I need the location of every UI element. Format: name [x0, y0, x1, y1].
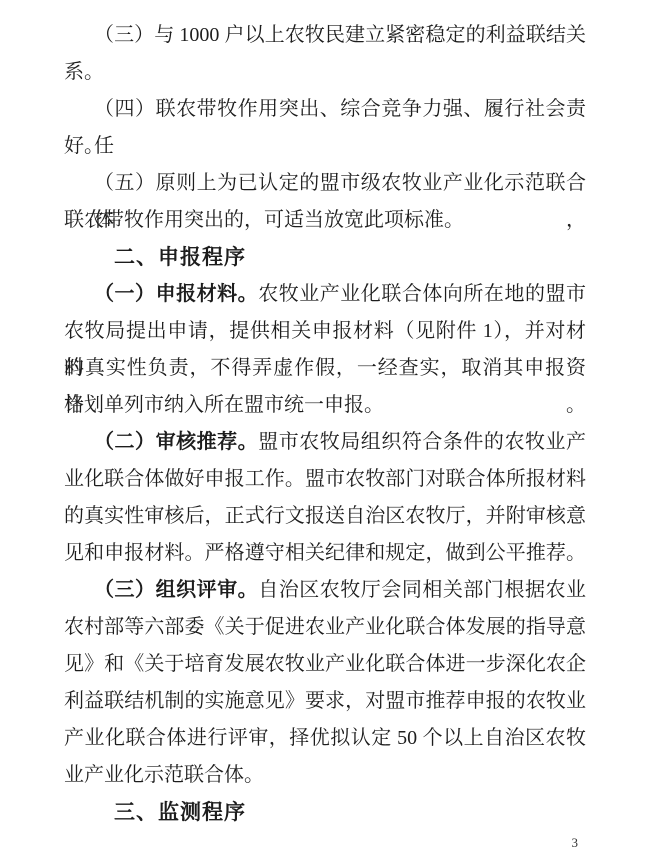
section-heading: 二、申报程序: [64, 239, 586, 276]
paragraph: （三）组织评审。自治区农牧厅会同相关部门根据农业农村部等六部委《关于促进农业产业…: [64, 572, 586, 794]
text-line: （五）原则上为已认定的盟市级农牧业产业化示范联合体，: [64, 165, 586, 202]
text-run: 农村部等六部委《关于促进农业产业化联合体发展的指导意: [64, 616, 586, 638]
text-run: 盟市农牧局组织符合条件的农牧业产: [258, 431, 586, 453]
document-body: （三）与 1000 户以上农牧民建立紧密稳定的利益联结关系。（四）联农带牧作用突…: [64, 17, 586, 831]
text-run: 利益联结机制的实施意见》要求，对盟市推荐申报的农牧业: [64, 690, 586, 712]
text-line: 见和申报材料。严格遵守相关纪律和规定，做到公平推荐。: [64, 535, 586, 572]
text-line: 三、监测程序: [64, 794, 586, 831]
bold-text-run: （一）申报材料。: [94, 283, 258, 305]
text-line: （四）联农带牧作用突出、综合竞争力强、履行社会责任: [64, 91, 586, 128]
bold-text-run: 三、监测程序: [114, 801, 246, 824]
bold-text-run: 二、申报程序: [114, 246, 246, 269]
text-line: （一）申报材料。农牧业产业化联合体向所在地的盟市: [64, 276, 586, 313]
text-line: 的真实性负责，不得弄虚作假，一经查实，取消其申报资格。: [64, 350, 586, 387]
text-line: 好。: [64, 128, 586, 165]
text-line: 产业化联合体进行评审，择优拟认定 50 个以上自治区农牧: [64, 720, 586, 757]
section-heading: 三、监测程序: [64, 794, 586, 831]
text-run: 自治区农牧厅会同相关部门根据农业: [258, 579, 586, 601]
text-run: 联农带牧作用突出的，可适当放宽此项标准。: [64, 209, 464, 231]
text-run: 系。: [64, 61, 104, 83]
text-run: 业产业化示范联合体。: [64, 764, 264, 786]
text-run: 的真实性审核后，正式行文报送自治区农牧厅，并附审核意: [64, 505, 586, 527]
text-run: 业化联合体做好申报工作。盟市农牧部门对联合体所报材料: [64, 468, 586, 490]
text-line: 利益联结机制的实施意见》要求，对盟市推荐申报的农牧业: [64, 683, 586, 720]
text-run: （三）与 1000 户以上农牧民建立紧密稳定的利益联结关: [94, 24, 586, 46]
text-line: 系。: [64, 54, 586, 91]
text-run: 产业化联合体进行评审，择优拟认定 50 个以上自治区农牧: [64, 727, 586, 749]
text-line: （三）组织评审。自治区农牧厅会同相关部门根据农业: [64, 572, 586, 609]
text-line: 业化联合体做好申报工作。盟市农牧部门对联合体所报材料: [64, 461, 586, 498]
text-line: 见》和《关于培育发展农牧业产业化联合体进一步深化农企: [64, 646, 586, 683]
text-run: 计划单列市纳入所在盟市统一申报。: [64, 394, 384, 416]
text-run: 好。: [64, 135, 104, 157]
page-number: 3: [572, 834, 579, 852]
text-run: 见》和《关于培育发展农牧业产业化联合体进一步深化农企: [64, 653, 586, 675]
text-line: 业产业化示范联合体。: [64, 757, 586, 794]
paragraph: （二）审核推荐。盟市农牧局组织符合条件的农牧业产业化联合体做好申报工作。盟市农牧…: [64, 424, 586, 572]
paragraph: （一）申报材料。农牧业产业化联合体向所在地的盟市农牧局提出申请，提供相关申报材料…: [64, 276, 586, 424]
bold-text-run: （三）组织评审。: [94, 579, 258, 601]
bold-text-run: （二）审核推荐。: [94, 431, 258, 453]
text-run: 见和申报材料。严格遵守相关纪律和规定，做到公平推荐。: [64, 542, 586, 564]
text-line: 的真实性审核后，正式行文报送自治区农牧厅，并附审核意: [64, 498, 586, 535]
text-line: 农村部等六部委《关于促进农业产业化联合体发展的指导意: [64, 609, 586, 646]
text-line: （二）审核推荐。盟市农牧局组织符合条件的农牧业产: [64, 424, 586, 461]
text-run: 农牧业产业化联合体向所在地的盟市: [258, 283, 586, 305]
document-page: （三）与 1000 户以上农牧民建立紧密稳定的利益联结关系。（四）联农带牧作用突…: [0, 0, 650, 860]
text-line: 二、申报程序: [64, 239, 586, 276]
text-line: （三）与 1000 户以上农牧民建立紧密稳定的利益联结关: [64, 17, 586, 54]
paragraph: （四）联农带牧作用突出、综合竞争力强、履行社会责任好。: [64, 91, 586, 165]
paragraph: （五）原则上为已认定的盟市级农牧业产业化示范联合体，联农带牧作用突出的，可适当放…: [64, 165, 586, 239]
paragraph: （三）与 1000 户以上农牧民建立紧密稳定的利益联结关系。: [64, 17, 586, 91]
text-line: 农牧局提出申请，提供相关申报材料（见附件 1），并对材料: [64, 313, 586, 350]
